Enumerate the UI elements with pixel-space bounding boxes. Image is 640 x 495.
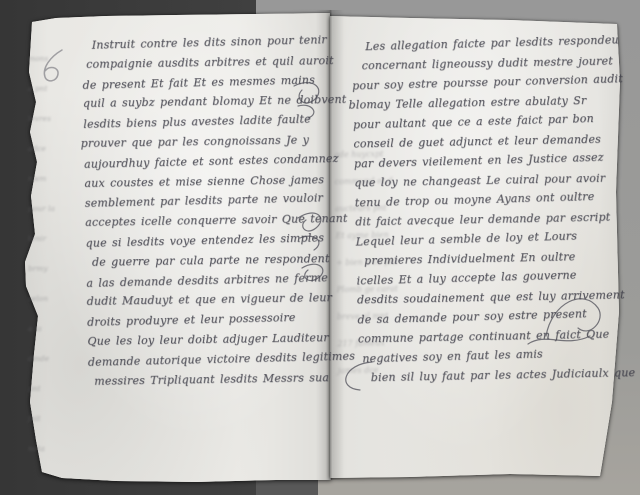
- ghost-note: a la: [28, 314, 92, 344]
- ink-flourish-icon: [290, 76, 328, 120]
- margin-flourish-6-icon: [38, 48, 68, 86]
- ghost-note: tenir: [28, 224, 92, 254]
- ghost-note: pnt: [28, 374, 92, 404]
- ink-flourish-icon: [294, 206, 330, 252]
- ghost-note: nwm: [28, 164, 92, 194]
- ghost-note: dmde: [28, 344, 92, 374]
- ghost-note: fait: [28, 404, 92, 434]
- manuscript-scan: mons a pnt levres adce nwm pour la tenir…: [0, 0, 640, 495]
- ink-flourish-icon: [526, 328, 592, 352]
- ghost-note: brmy: [28, 254, 92, 284]
- ghost-note: nota: [28, 434, 92, 464]
- ink-flourish-icon: [298, 258, 332, 294]
- manuscript-line: bien sil luy faut par les actes Judiciau…: [371, 363, 611, 387]
- ghost-note: selon: [28, 284, 92, 314]
- ghost-note: pour la: [28, 194, 92, 224]
- ink-flourish-icon: [336, 358, 378, 396]
- manuscript-line: messires Tripliquant lesdits Messrs sua: [94, 368, 328, 391]
